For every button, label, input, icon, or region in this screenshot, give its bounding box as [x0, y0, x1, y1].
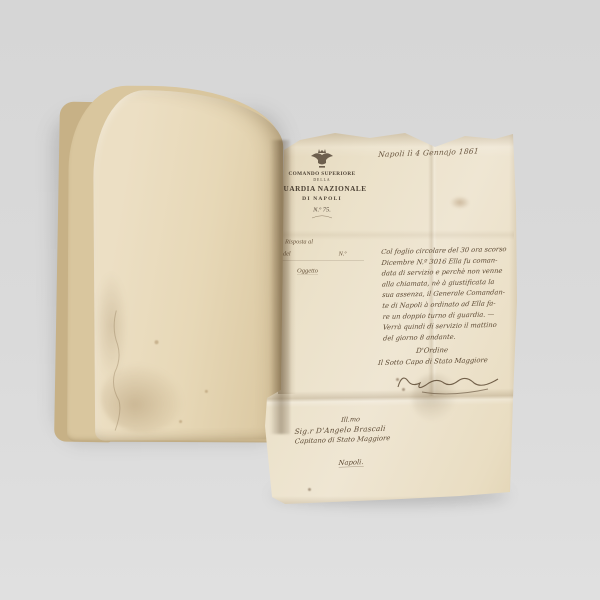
stain — [155, 340, 159, 344]
dateline-text: Napoli lì 4 Gennajo 1861 — [378, 146, 479, 159]
crease-mark — [108, 308, 125, 432]
letter-sheet: COMANDO SUPERIORE DELLA GUARDIA NAZIONAL… — [260, 126, 520, 508]
booklet-left-page — [93, 89, 285, 440]
role-text: Il Sotto Capo di Stato Maggiore — [378, 356, 488, 367]
letterhead-crest-icon — [309, 148, 335, 169]
reference-fields: Risposta al del N.º Oggetto — [282, 238, 370, 275]
closing-role: Il Sotto Capo di Stato Maggiore — [378, 356, 488, 367]
handwritten-dateline: Napoli lì 4 Gennajo 1861 — [378, 145, 518, 159]
address-block: Ill.mo Sig.r D'Angelo Brascali Capitano … — [294, 412, 461, 469]
stain — [450, 196, 470, 209]
closing-dordine: D'Ordine — [416, 346, 448, 355]
stain — [308, 488, 311, 491]
stain — [179, 420, 182, 423]
body-line: del giorno 8 andante. — [383, 330, 523, 344]
field-numero: N.º — [339, 250, 347, 258]
address-city: Napoli. — [338, 458, 364, 467]
signature-flourish — [392, 369, 504, 397]
handwritten-body: Col foglio circolare del 30 ora scorso D… — [381, 244, 522, 344]
field-oggetto: Oggetto — [297, 267, 318, 276]
address-salutation: Ill.mo — [341, 416, 361, 424]
field-risposta-al: Risposta al — [285, 238, 370, 246]
spine-gutter-shadow — [270, 140, 290, 434]
stain — [205, 390, 208, 393]
address-title: Capitano di Stato Maggiore — [294, 434, 390, 445]
photo-background: COMANDO SUPERIORE DELLA GUARDIA NAZIONAL… — [0, 0, 600, 600]
field-rule — [282, 260, 364, 261]
dordine-text: D'Ordine — [416, 346, 449, 355]
flourish-icon — [311, 215, 334, 220]
